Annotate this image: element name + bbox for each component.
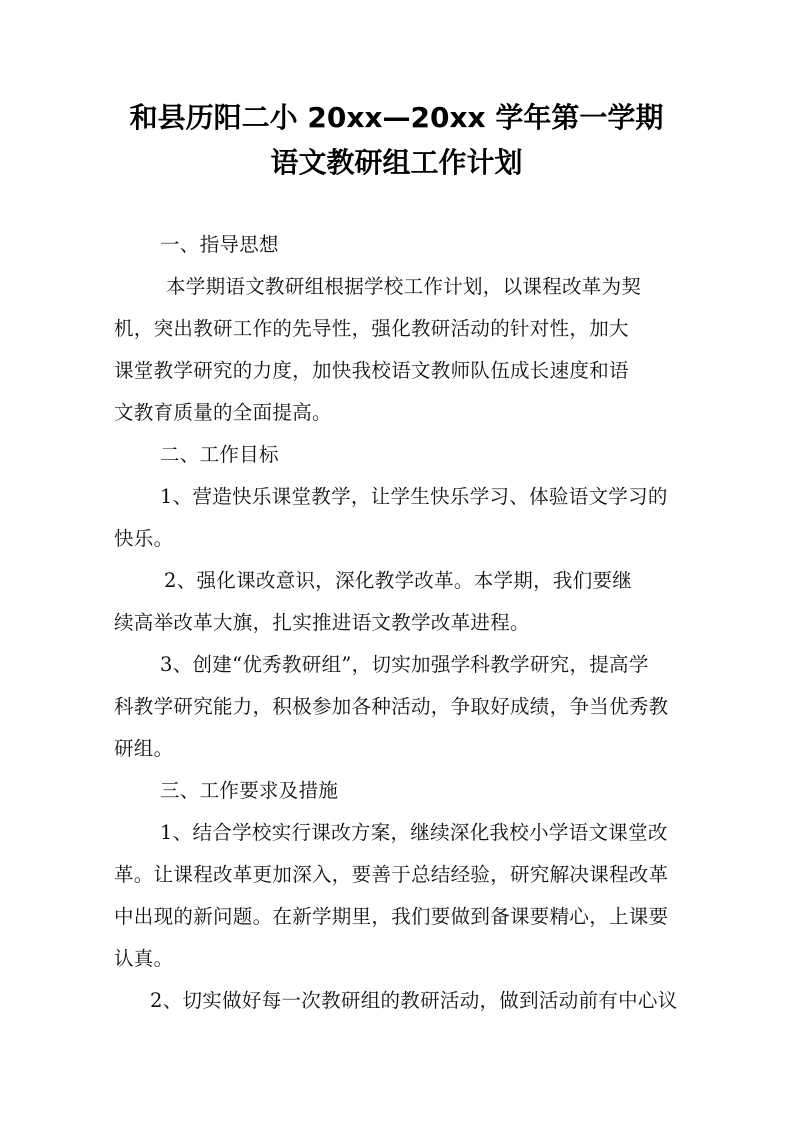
body-text-line: 二、工作目标 [160,439,684,467]
body-text-line: 文教育质量的全面提高。 [114,397,684,425]
document-page: 和县历阳二小 20xx—20xx 学年第一学期 语文教研组工作计划 一、指导思想… [0,0,793,1122]
body-text-line: 1、营造快乐课堂教学，让学生快乐学习、体验语文学习的 [160,481,684,509]
body-text-line: 课堂教学研究的力度，加快我校语文教师队伍成长速度和语 [114,355,684,383]
body-text-line: 2、切实做好每一次教研组的教研活动，做到活动前有中心议 [150,985,684,1013]
body-text-line: 革。让课程改革更加深入，要善于总结经验，研究解决课程改革 [114,859,684,887]
body-text-line: 中出现的新问题。在新学期里，我们要做到备课要精心，上课要 [114,901,684,929]
body-text-line: 机，突出教研工作的先导性，强化教研活动的针对性，加大 [114,313,684,341]
body-text-line: 科教学研究能力，积极参加各种活动，争取好成绩，争当优秀教 [114,691,684,719]
body-text-line: 续高举改革大旗，扎实推进语文教学改革进程。 [114,607,684,635]
body-text-line: 1、结合学校实行课改方案，继续深化我校小学语文课堂改 [160,817,684,845]
body-text-line: 2、强化课改意识，深化教学改革。本学期，我们要继 [164,565,684,593]
body-text-line: 3、创建“优秀教研组”，切实加强学科教学研究，提高学 [160,649,684,677]
body-text-line: 三、工作要求及措施 [160,775,684,803]
body-text-line: 一、指导思想 [160,229,684,257]
body-text-line: 本学期语文教研组根据学校工作计划，以课程改革为契 [166,271,684,299]
body-text-line: 快乐。 [114,523,684,551]
body-text-line: 认真。 [114,943,684,971]
body-text-line: 研组。 [114,733,684,761]
document-title-line-1: 和县历阳二小 20xx—20xx 学年第一学期 [0,96,793,136]
document-title-line-2: 语文教研组工作计划 [0,141,793,181]
